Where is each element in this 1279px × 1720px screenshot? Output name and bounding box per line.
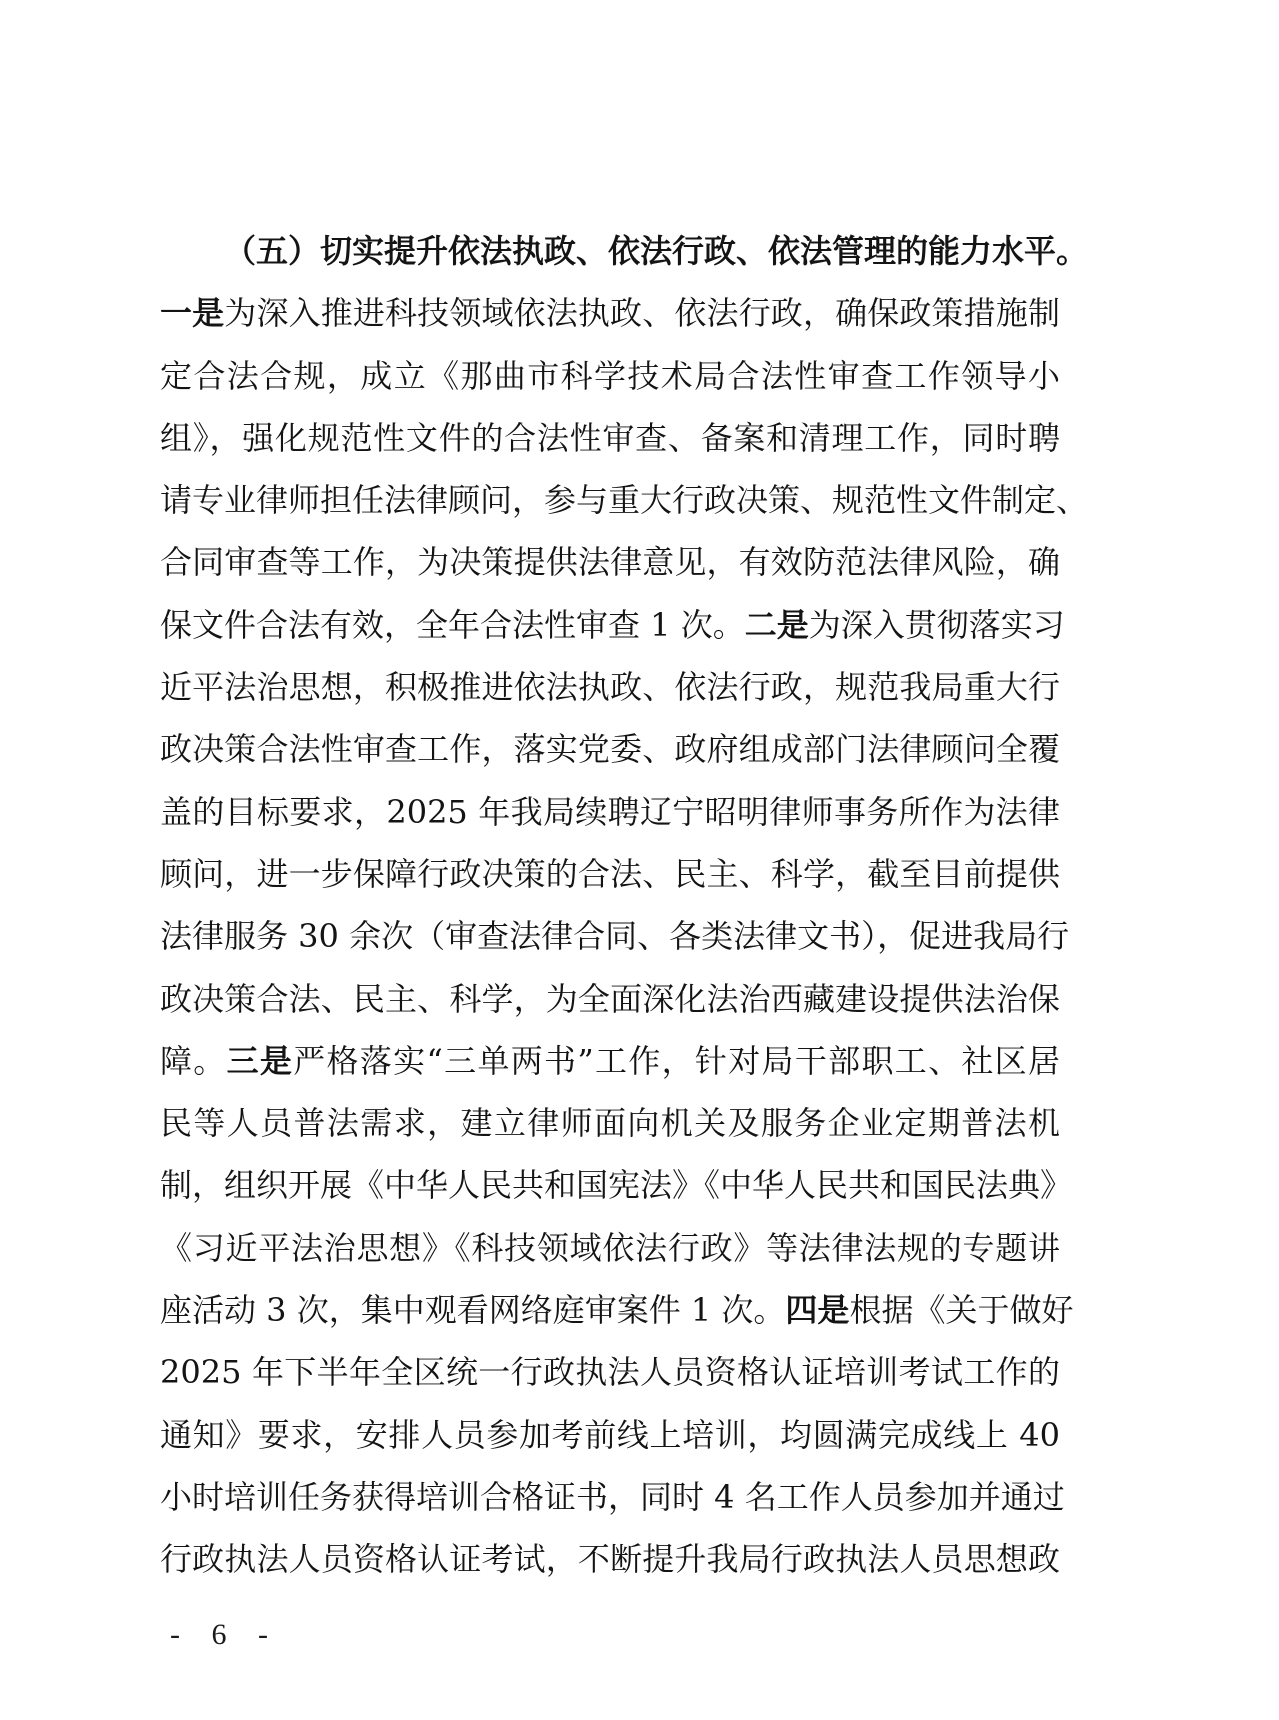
line-text: 近平法治思想，积极推进依法执政、依法行政，规范我局重大行 <box>160 668 1060 706</box>
text-line: 行政执法人员资格认证考试，不断提升我局行政执法人员思想政 <box>160 1528 1060 1590</box>
line-text: 根据《关于做好 <box>849 1291 1073 1329</box>
emphasis-text: 三是 <box>227 1042 294 1080</box>
text-line: 座活动 3 次，集中观看网络庭审案件 1 次。四是根据《关于做好 <box>160 1279 1060 1341</box>
emphasis-text: 一是 <box>160 294 224 332</box>
line-text: 保文件合法有效，全年合法性审查 1 次。 <box>160 606 745 644</box>
text-line: 近平法治思想，积极推进依法执政、依法行政，规范我局重大行 <box>160 656 1060 718</box>
document-page: （五）切实提升依法执政、依法行政、依法管理的能力水平。一是为深入推进科技领域依法… <box>0 0 1279 1720</box>
line-text: 为深入贯彻落实习 <box>809 606 1065 644</box>
text-line: 制，组织开展《中华人民共和国宪法》《中华人民共和国民法典》 <box>160 1154 1060 1216</box>
text-line: 组》，强化规范性文件的合法性审查、备案和清理工作，同时聘 <box>160 407 1060 469</box>
emphasis-text: （五）切实提升依法执政、依法行政、依法管理的能力水平。 <box>224 232 1088 270</box>
text-line: 定合法合规，成立《那曲市科学技术局合法性审查工作领导小 <box>160 345 1060 407</box>
body-text: （五）切实提升依法执政、依法行政、依法管理的能力水平。一是为深入推进科技领域依法… <box>160 220 1060 1591</box>
line-text: 顾问，进一步保障行政决策的合法、民主、科学，截至目前提供 <box>160 855 1060 893</box>
line-text: 通知》要求，安排人员参加考前线上培训，均圆满完成线上 40 <box>160 1416 1060 1454</box>
text-line: 小时培训任务获得培训合格证书，同时 4 名工作人员参加并通过 <box>160 1466 1060 1528</box>
text-line: 一是为深入推进科技领域依法执政、依法行政，确保政策措施制 <box>160 282 1060 344</box>
page-number: - 6 - <box>170 1618 280 1652</box>
line-text: 法律服务 30 余次（审查法律合同、各类法律文书），促进我局行 <box>160 917 1069 955</box>
line-text: 请专业律师担任法律顾问，参与重大行政决策、规范性文件制定、 <box>160 481 1088 519</box>
text-line: 盖的目标要求，2025 年我局续聘辽宁昭明律师事务所作为法律 <box>160 781 1060 843</box>
text-line: 保文件合法有效，全年合法性审查 1 次。二是为深入贯彻落实习 <box>160 594 1060 656</box>
text-line: 通知》要求，安排人员参加考前线上培训，均圆满完成线上 40 <box>160 1404 1060 1466</box>
line-text: 制，组织开展《中华人民共和国宪法》《中华人民共和国民法典》 <box>160 1166 1072 1204</box>
line-text: 《习近平法治思想》《科技领域依法行政》等法律法规的专题讲 <box>160 1229 1060 1267</box>
line-text: 政决策合法性审查工作，落实党委、政府组成部门法律顾问全覆 <box>160 730 1060 768</box>
text-line: 民等人员普法需求，建立律师面向机关及服务企业定期普法机 <box>160 1092 1060 1154</box>
text-line: 顾问，进一步保障行政决策的合法、民主、科学，截至目前提供 <box>160 843 1060 905</box>
line-text: 2025 年下半年全区统一行政执法人员资格认证培训考试工作的 <box>160 1353 1060 1391</box>
emphasis-text: 二是 <box>745 606 809 644</box>
text-line: 法律服务 30 余次（审查法律合同、各类法律文书），促进我局行 <box>160 905 1060 967</box>
line-text: 严格落实“三单两书”工作，针对局干部职工、社区居 <box>293 1042 1060 1080</box>
text-line: 《习近平法治思想》《科技领域依法行政》等法律法规的专题讲 <box>160 1217 1060 1279</box>
section-heading: （五）切实提升依法执政、依法行政、依法管理的能力水平。 <box>160 220 1060 282</box>
line-text: 盖的目标要求，2025 年我局续聘辽宁昭明律师事务所作为法律 <box>160 793 1060 831</box>
emphasis-text: 四是 <box>785 1291 849 1329</box>
line-text: 组》，强化规范性文件的合法性审查、备案和清理工作，同时聘 <box>160 419 1060 457</box>
text-line: 政决策合法性审查工作，落实党委、政府组成部门法律顾问全覆 <box>160 718 1060 780</box>
text-line: 请专业律师担任法律顾问，参与重大行政决策、规范性文件制定、 <box>160 469 1060 531</box>
line-text: 小时培训任务获得培训合格证书，同时 4 名工作人员参加并通过 <box>160 1478 1065 1516</box>
line-text: 政决策合法、民主、科学，为全面深化法治西藏建设提供法治保 <box>160 980 1060 1018</box>
line-text: 合同审查等工作，为决策提供法律意见，有效防范法律风险，确 <box>160 543 1060 581</box>
line-text: 行政执法人员资格认证考试，不断提升我局行政执法人员思想政 <box>160 1540 1060 1578</box>
line-text: 民等人员普法需求，建立律师面向机关及服务企业定期普法机 <box>160 1104 1060 1142</box>
text-line: 合同审查等工作，为决策提供法律意见，有效防范法律风险，确 <box>160 531 1060 593</box>
text-line: 障。三是严格落实“三单两书”工作，针对局干部职工、社区居 <box>160 1030 1060 1092</box>
line-text: 为深入推进科技领域依法执政、依法行政，确保政策措施制 <box>224 294 1060 332</box>
text-line: 2025 年下半年全区统一行政执法人员资格认证培训考试工作的 <box>160 1341 1060 1403</box>
line-text: 障。 <box>160 1042 227 1080</box>
line-text: 定合法合规，成立《那曲市科学技术局合法性审查工作领导小 <box>160 357 1060 395</box>
text-line: 政决策合法、民主、科学，为全面深化法治西藏建设提供法治保 <box>160 968 1060 1030</box>
line-text: 座活动 3 次，集中观看网络庭审案件 1 次。 <box>160 1291 785 1329</box>
